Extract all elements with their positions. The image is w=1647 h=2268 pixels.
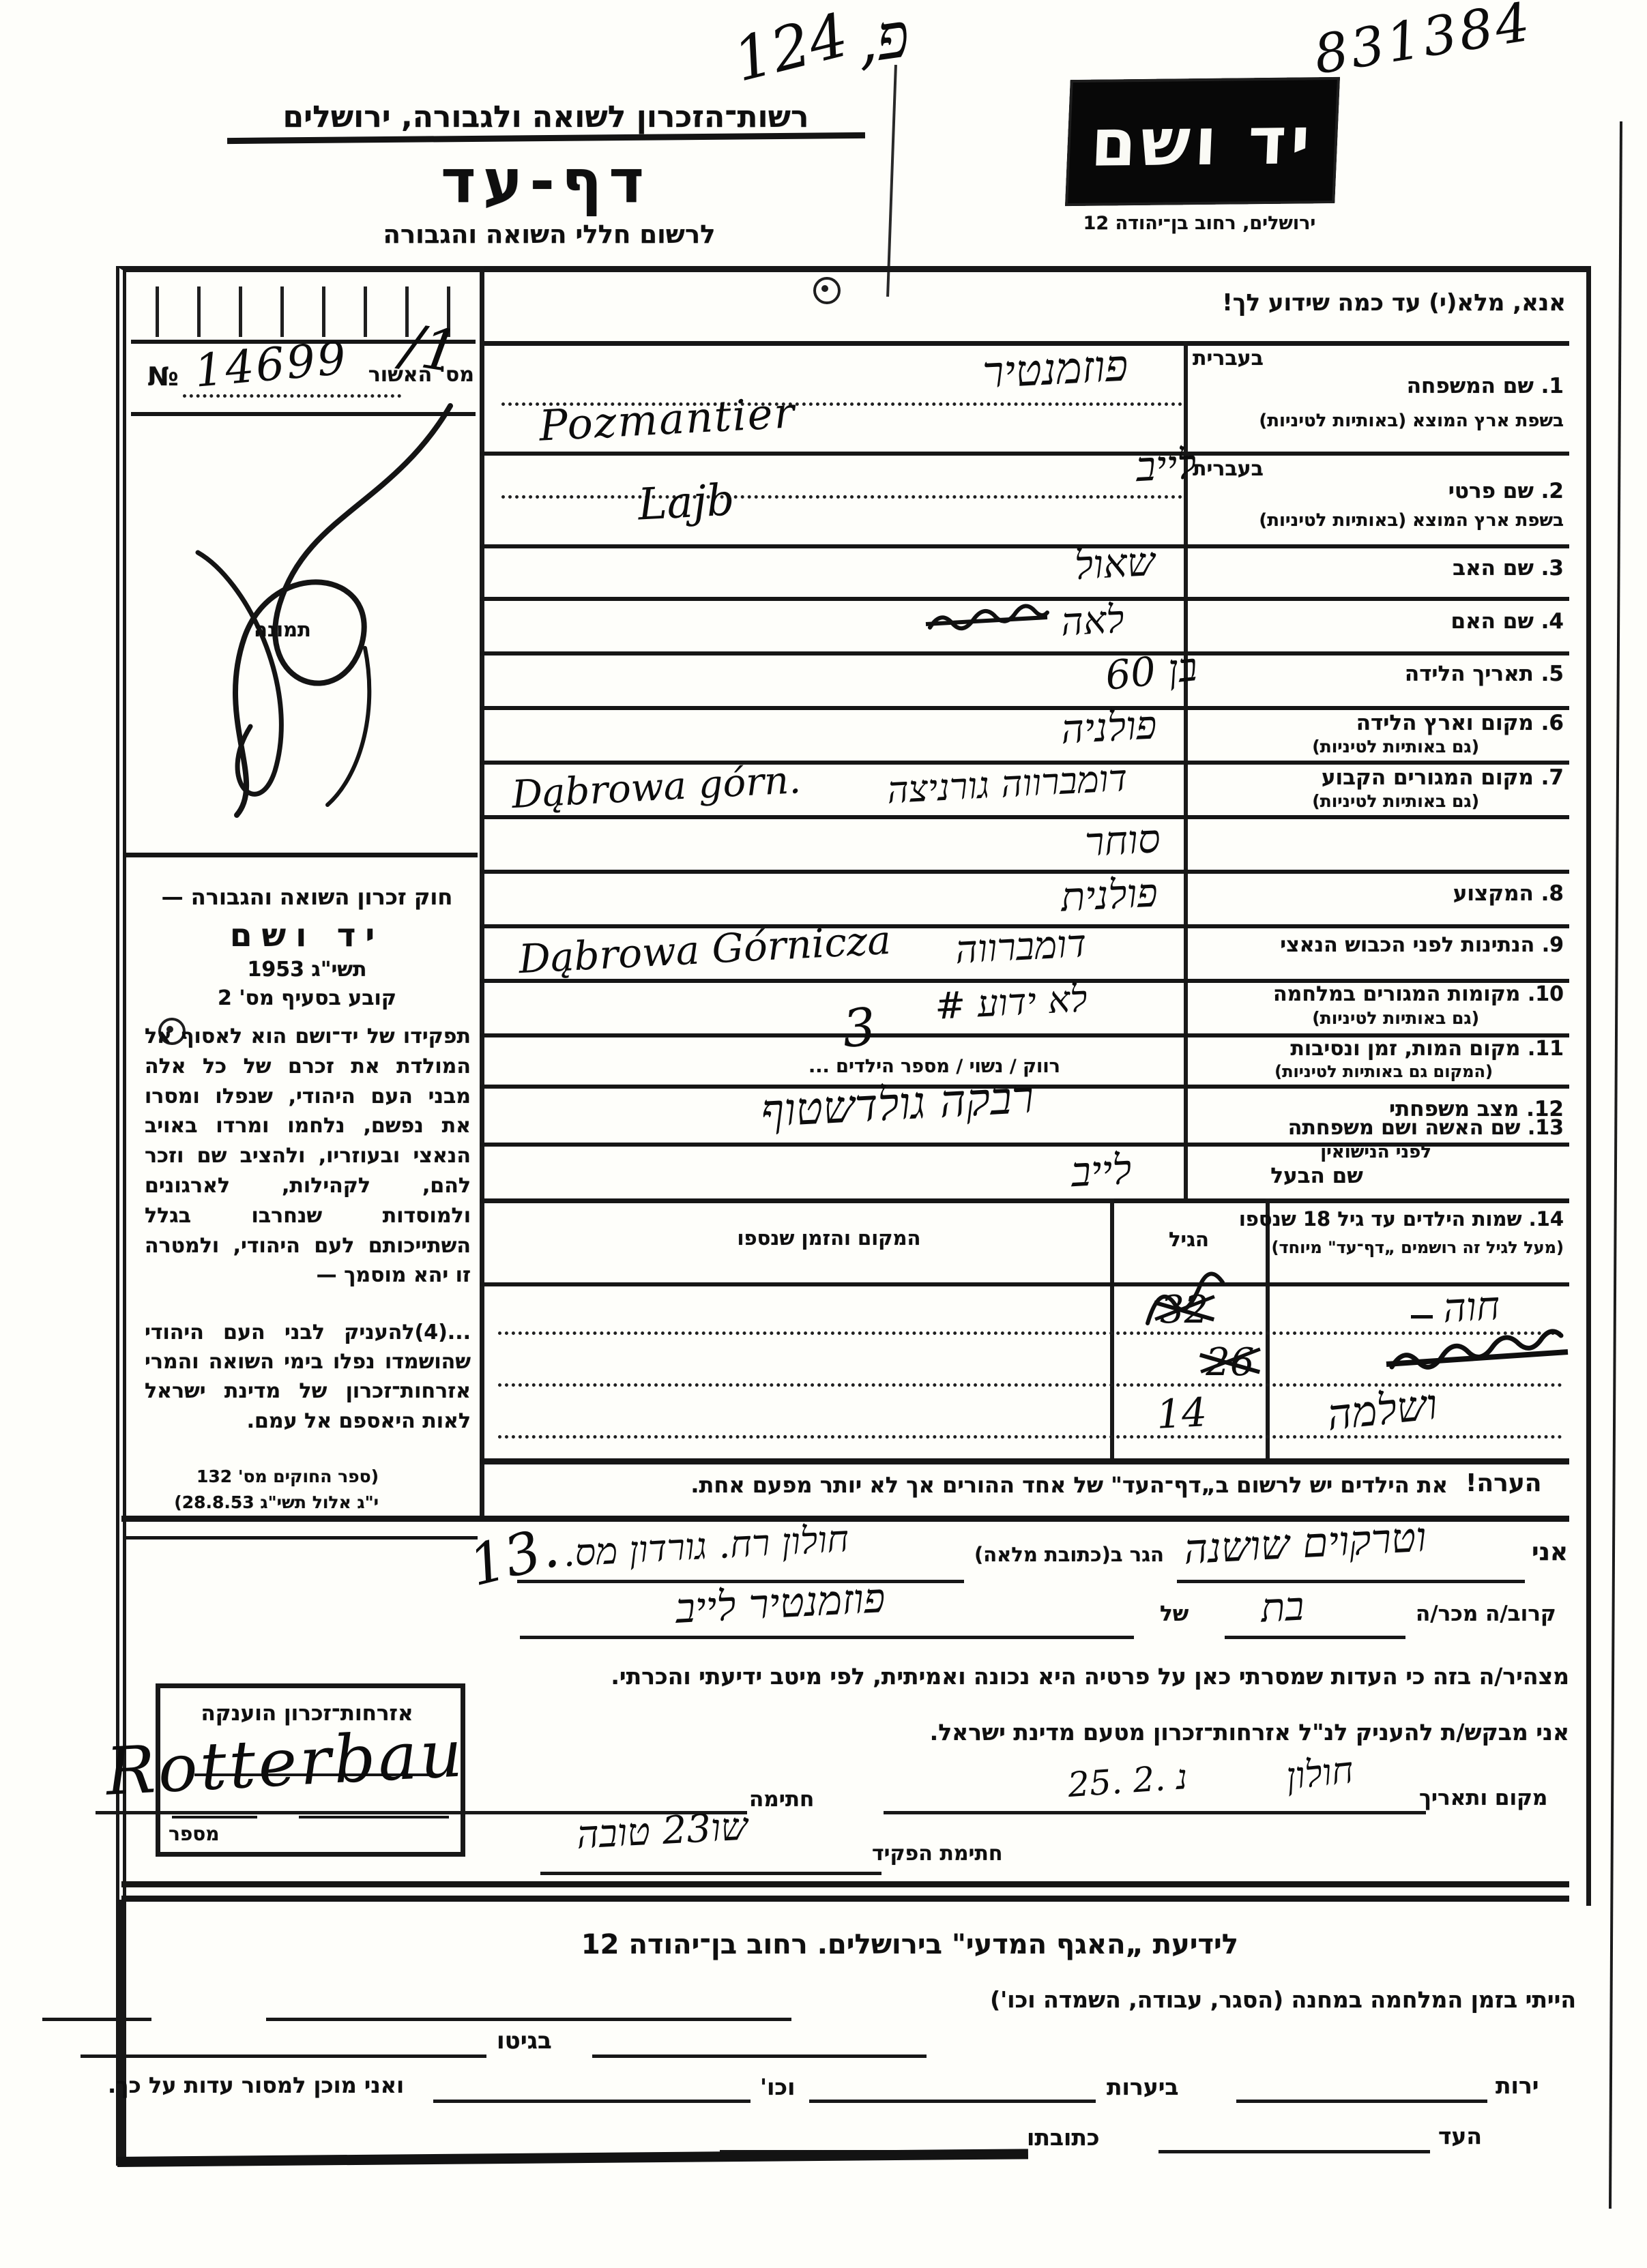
children-col-age-header: הגיל [1126, 1228, 1252, 1251]
of-name-line [520, 1636, 1134, 1639]
entry-children-count: 3 [840, 996, 878, 1059]
entry-line-f2-hebrew [501, 495, 1182, 499]
relation-line [1225, 1636, 1405, 1639]
law-body-text: תפקידו של יד־ושם הוא לאסוף אל המולדת את … [145, 1022, 471, 1291]
footer-town-line [1236, 2100, 1487, 2103]
footer-camps-line [266, 2018, 791, 2021]
law-clause-text: ...(4)להעניק לבני העם היהודי שהושמדו נפל… [145, 1318, 471, 1436]
children-bottom-rule [480, 1458, 1569, 1464]
row-separator-f7 [480, 815, 1569, 819]
field-number: 10. [1528, 982, 1564, 1006]
row-separator-f2 [480, 544, 1569, 548]
ornament-icon [813, 277, 841, 304]
field2-sublabel: בשפת ארץ המוצא (באותיות לטיניות) [1193, 510, 1564, 531]
field-label-text: המקצוע [1453, 881, 1534, 906]
footer-etc-line [433, 2100, 750, 2103]
field1-sublabel: בשפת ארץ המוצא (באותיות לטיניות) [1193, 411, 1564, 431]
field-number: 1. [1541, 374, 1564, 398]
field-number: 7. [1541, 765, 1564, 790]
field-label-text: שם פרטי [1448, 479, 1534, 503]
form-subtitle: לרשום חללי השואה והגבורה [372, 220, 727, 249]
children-row-line-1 [498, 1331, 1562, 1335]
tick-mark [322, 286, 325, 337]
children-title-text: שמות הילדים עד גיל 18 שנספו [1239, 1207, 1522, 1231]
child-name-1: חוה [1442, 1282, 1501, 1331]
field-label-text: שם האשה ושם משפחתה [1288, 1116, 1521, 1140]
address-label: הגר ב(כתובת מלאה) [974, 1543, 1164, 1566]
field1-label: 1. שם המשפחה [1296, 374, 1564, 398]
note-text: את הילדים יש לרשום ב„דף־העד" של אחד ההור… [513, 1472, 1448, 1498]
footer-forests-line [809, 2100, 1096, 2103]
children-row-line-3 [498, 1435, 1562, 1439]
tick-mark [280, 286, 284, 337]
declaration-statement: מצהיר/ה בזה כי העדות שמסרתי כאן על פרטיה… [513, 1663, 1569, 1690]
entry-citizenship: פולנית [1060, 869, 1158, 920]
clerk-signature-label: חתימת הפקיד [872, 1842, 1002, 1866]
law-heading-2: יד ושם [147, 917, 467, 954]
row-separator-f5 [480, 706, 1569, 710]
entry-father-name: שאול [1073, 538, 1156, 589]
children-header-rule [480, 1282, 1569, 1286]
entry-birth-place: פולניה [1060, 701, 1158, 752]
entry-death-place: לא ידוע # [934, 977, 1089, 1028]
entry-birth-date: בן 60 [1103, 643, 1199, 699]
field6-label: 6. מקום וארץ הלידה [1269, 711, 1564, 735]
citizenship-request: אני מבקש/ת להעניק לנ"ל אזרחות־זכרון מטעם… [795, 1719, 1569, 1746]
field-number: 13. [1528, 1116, 1564, 1140]
field-label-text: מקום וארץ הלידה [1356, 711, 1534, 735]
left-box-rule-3 [126, 1536, 478, 1540]
field11-label: 11. מקום המות, זמן ונסיבות [1221, 1037, 1564, 1061]
authority-title: רשות־הזכרון לשואה ולגבורה, ירושלים [225, 100, 866, 134]
children-col-separator-age-left [1110, 1198, 1114, 1460]
field-label-text: שם האם [1451, 609, 1534, 634]
field-number: 3. [1541, 556, 1564, 580]
footer-ghetto-line-right [592, 2055, 927, 2058]
footer-witness-label: העד [1438, 2123, 1482, 2149]
entry-firstname-latin: Lajb [637, 475, 735, 530]
footer-forests-label: ביערות [1107, 2074, 1179, 2100]
scan-edge-line [1609, 121, 1622, 2209]
citizenship-number-label: מספר [169, 1823, 220, 1845]
field11-sublabel: (המקום גם באותיות לטיניות) [1193, 1062, 1493, 1081]
field13-label-line1: 13. שם האשה ושם משפחתה [1228, 1116, 1564, 1140]
clerk-signature-line [540, 1872, 881, 1875]
entry-profession: סוחר [1083, 815, 1161, 866]
entry-surname-hebrew: פוזמנטיר [981, 340, 1129, 398]
row-separator-husband [480, 1198, 1569, 1203]
form-frame-left-extension [116, 1900, 126, 2166]
field10-sublabel: (גם באותיות לטיניות) [1193, 1008, 1479, 1028]
field-number: 9. [1542, 933, 1564, 957]
children-col-place-header: המקום והזמן שנספו [635, 1226, 1023, 1250]
field6-sublabel: (גם באותיות לטיניות) [1193, 737, 1479, 756]
footer-ghetto-line-left [81, 2055, 486, 2058]
photo-area-scribble [133, 396, 467, 839]
footer-ready-text: ואני מוכן למסור עדות על כך. [108, 2072, 404, 2098]
footer-camps-line-fragment [42, 2018, 151, 2021]
field3-label: 3. שם האב [1296, 556, 1564, 580]
clerk-signature-handwritten: שו23 טובה [575, 1804, 748, 1857]
field-number: 2. [1541, 479, 1564, 503]
entry-mother-name: לאה [1060, 598, 1125, 645]
field-number: 4. [1541, 609, 1564, 634]
fields-top-rule [480, 341, 1569, 346]
fill-request-text: אנא, מלא(י) עד כמה שידוע לך! [1184, 289, 1566, 316]
approval-no-symbol: № [147, 362, 179, 392]
children-title: 14. שמות הילדים עד גיל 18 שנספו [1274, 1207, 1564, 1231]
pe-mark-handwritten: פ, [851, 0, 914, 78]
field7-sublabel: (גם באותיות לטיניות) [1193, 791, 1479, 811]
children-col-separator-age-right [1266, 1198, 1270, 1460]
entry-war-residence-hebrew: דומברווה [954, 922, 1088, 973]
pen-tail-stroke [886, 65, 897, 297]
tick-mark [239, 286, 242, 337]
row-separator-f3 [480, 597, 1569, 601]
field-label-text: שם המשפחה [1407, 374, 1534, 398]
law-heading-3: תשי"ג 1953 [147, 958, 467, 982]
field-number: 11. [1528, 1037, 1564, 1061]
field-number: 8. [1541, 881, 1564, 906]
date-handwritten: 25. 2. נ [1066, 1757, 1189, 1805]
citizenship-line-3 [299, 1816, 449, 1818]
footer-town-label: ירות [1496, 2072, 1539, 2099]
scanned-testimony-page: 124 פ, 831384 רשות־הזכרון לשואה ולגבורה,… [0, 0, 1647, 2268]
child-age-1-scribble [1134, 1276, 1236, 1334]
field9-label: 9. הנתינות לפני הכבוש הנאצי [1221, 933, 1564, 957]
field-label-text: מקומות המגורים במלחמה [1273, 982, 1520, 1006]
law-source-line-1: (ספר החוקים מס' 132 [147, 1467, 379, 1486]
logo-address: ירושלים, רחוב בן־יהודה 12 [1060, 213, 1339, 234]
row-separator-f11 [480, 1033, 1569, 1037]
footer-etc-label: וכו' [760, 2074, 795, 2100]
field8-label: 8. המקצוע [1296, 881, 1564, 906]
section-double-rule-top [121, 1881, 1569, 1887]
tick-mark [156, 286, 159, 337]
form-title: דף-עד [423, 146, 669, 216]
tick-mark [364, 286, 367, 337]
child-name-2-struck-scribble [1385, 1338, 1569, 1383]
children-subtitle: (מעל לגיל זה רושמים „דף־עד" מיוחד) [1274, 1238, 1564, 1257]
row-separator-f8 [480, 870, 1569, 874]
approval-label: מס' האשור [362, 363, 474, 387]
of-label: של [1160, 1602, 1189, 1626]
child-name-1-dash [1411, 1315, 1433, 1319]
yad-vashem-logo-text: יד ושם [1090, 102, 1316, 181]
law-heading-4: קובע בסעיף מס' 2 [147, 986, 467, 1010]
field-number: 5. [1541, 662, 1564, 686]
photo-label: תמונה [254, 618, 311, 641]
declarant-name-line [1177, 1580, 1525, 1583]
field7-label: 7. מקום המגורים הקבוע [1249, 765, 1564, 790]
section-double-rule-bottom [121, 1896, 1569, 1902]
field2-label: 2. שם פרטי [1296, 479, 1564, 503]
page-bottom-rule [117, 2149, 1028, 2167]
place-handwritten: חולון [1284, 1748, 1356, 1798]
yad-vashem-logo-stamp: יד ושם [1065, 77, 1340, 206]
footer-witness-line [1158, 2150, 1430, 2153]
child-age-3: 14 [1155, 1389, 1208, 1438]
declarant-i-label: אני [1532, 1538, 1568, 1566]
field-label-text: הנתינות לפני הכבוש הנאצי [1280, 933, 1534, 957]
field-number: 14. [1529, 1207, 1564, 1231]
left-box-rule-2 [123, 853, 478, 857]
footer-ghetto-label: בגיטו [497, 2027, 552, 2055]
child-age-2: 26 [1206, 1340, 1254, 1385]
signature-label: חתימה [749, 1787, 814, 1812]
note-label: הערה! [1466, 1469, 1542, 1497]
husband-label: שם הבעל [1214, 1164, 1419, 1188]
field1-hebrew-label: בעברית [1193, 347, 1264, 370]
field5-label: 5. תאריך הלידה [1296, 662, 1564, 686]
place-date-line [884, 1811, 1426, 1814]
field2-hebrew-label: בעברית [1193, 457, 1264, 481]
field4-label: 4. שם האם [1296, 609, 1564, 634]
mother-name-struck-scribble [924, 604, 1051, 641]
place-date-label: מקום ותאריך [1419, 1786, 1547, 1810]
law-heading-1: חוק זכרון השואה והגבורה — [147, 884, 467, 910]
file-number-handwritten: 831384 [1310, 0, 1536, 87]
row-separator-f4 [480, 651, 1569, 656]
row-separator-f13 [480, 1143, 1569, 1147]
row-separator-f1 [480, 452, 1569, 456]
field-label-text: מקום המות, זמן ונסיבות [1290, 1037, 1520, 1061]
entry-husband-name: לייב [1070, 1146, 1133, 1197]
field-label-text: תאריך הלידה [1405, 662, 1534, 686]
tick-mark [197, 286, 201, 337]
law-source-line-2: י"ג אלול תשי"ג 28.8.53) [147, 1492, 379, 1512]
relation-label: קרוב/ה מכר/ה [1416, 1602, 1556, 1626]
footer-heading: לידיעת „האגף המדעי" בירושלים. רחוב בן־יה… [515, 1929, 1238, 1960]
relation-handwritten: בת [1259, 1582, 1305, 1631]
citizenship-line-2 [172, 1816, 257, 1818]
field-label-text: מקום המגורים הקבוע [1322, 765, 1534, 790]
footer-witness-address-label: כתובתו [1027, 2124, 1100, 2151]
field-number: 6. [1541, 711, 1564, 735]
field10-label: 10. מקומות המגורים במלחמה [1228, 982, 1564, 1006]
entry-firstname-hebrew: לייב [1135, 441, 1197, 492]
footer-camps-text: הייתי בזמן המלחמה במחנה (הסגר, עבודה, הש… [802, 1986, 1576, 2013]
field-label-text: שם האב [1453, 556, 1534, 580]
page-serial-handwritten: 124 [727, 0, 855, 95]
